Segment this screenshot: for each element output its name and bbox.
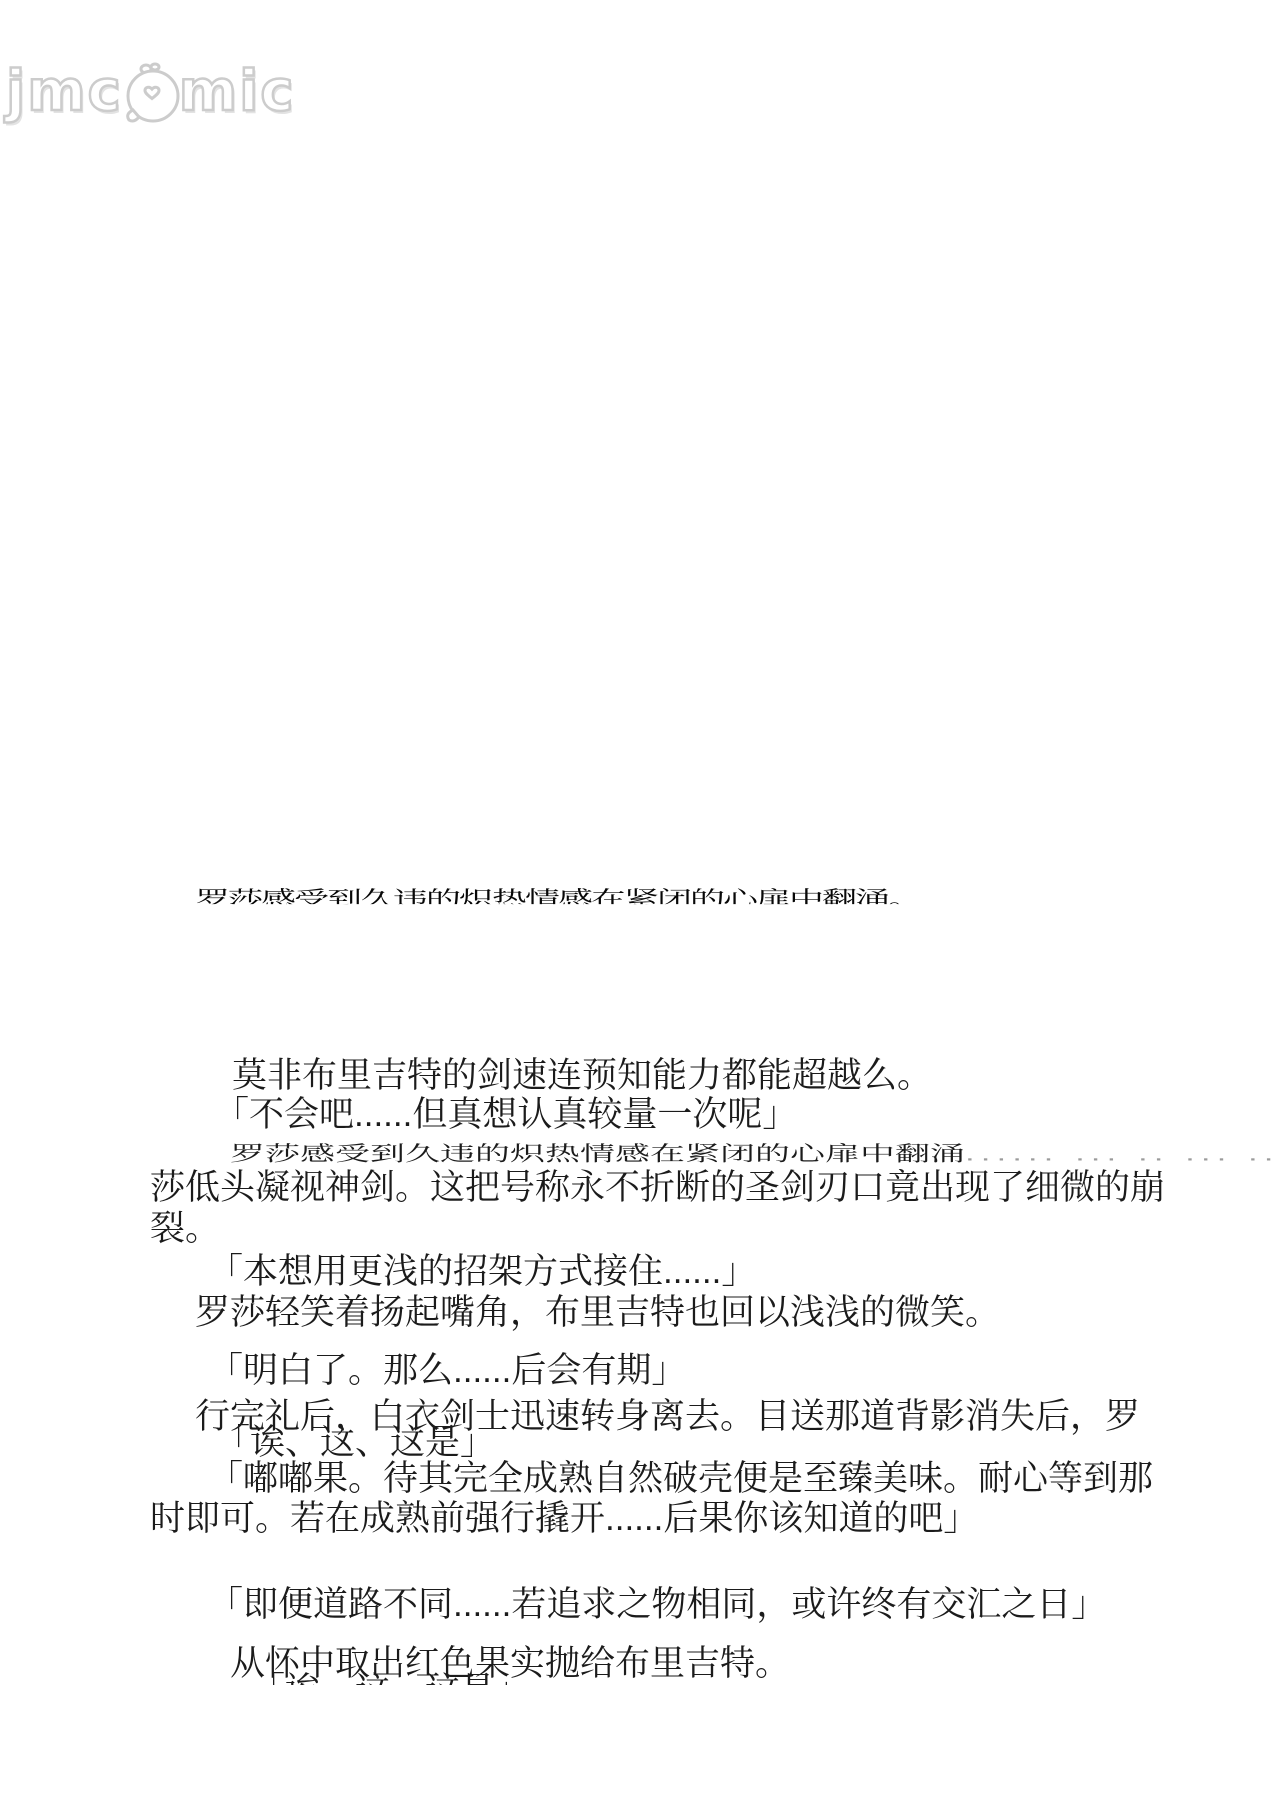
novel-line-tail: ...... ... .. ... .. xyxy=(965,1142,1279,1165)
novel-line: 时即可。若在成熟前强行撬开......后果你该知道的吧」 xyxy=(150,1500,978,1538)
logo-text-right: mic xyxy=(179,62,296,122)
fish-face-icon xyxy=(119,62,183,126)
novel-line: 「即便道路不同......若追求之物相同，或许终有交汇之日」 xyxy=(208,1586,1106,1624)
novel-line-text: 罗莎轻笑着扬起嘴角，布里吉特也回以浅浅的微笑。 xyxy=(195,1293,1000,1332)
novel-line: 裂。 xyxy=(150,1210,220,1248)
novel-line-garbled: 罗莎感受到久违的炽热情感在紧闭的心扉中翻涌。 xyxy=(195,888,921,904)
novel-line: 「不会吧......但真想认真较量一次呢」 xyxy=(214,1096,797,1134)
novel-line-text: 罗莎感受到久违的炽热情感在紧闭的心扉中翻涌。 xyxy=(195,888,921,904)
novel-line: 「诶、这、这是」 xyxy=(215,1424,495,1462)
novel-line-clipped: 「诶、这、这是」 xyxy=(250,1672,530,1685)
novel-line-text: 「明白了。那么......后会有期」 xyxy=(208,1351,686,1390)
novel-line-text: 裂。 xyxy=(150,1209,220,1248)
novel-line-text: 「诶、这、这是」 xyxy=(250,1672,530,1685)
novel-line: 「本想用更浅的招架方式接住......」 xyxy=(208,1253,756,1291)
novel-page: { "page": { "background": "#ffffff", "te… xyxy=(0,0,1280,1809)
novel-line: 罗莎轻笑着扬起嘴角，布里吉特也回以浅浅的微笑。 xyxy=(195,1294,1000,1332)
novel-line: 莎低头凝视神剑。这把号称永不折断的圣剑刃口竟出现了细微的崩 xyxy=(150,1169,1165,1207)
novel-line-text: 「诶、这、这是」 xyxy=(215,1423,495,1462)
logo-text-left: jmc xyxy=(6,62,123,122)
novel-line-text: 莎低头凝视神剑。这把号称永不折断的圣剑刃口竟出现了细微的崩 xyxy=(150,1168,1165,1207)
novel-line: 「明白了。那么......后会有期」 xyxy=(208,1352,686,1390)
novel-line-text: 时即可。若在成熟前强行撬开......后果你该知道的吧」 xyxy=(150,1499,978,1538)
novel-line-text: 「嘟嘟果。待其完全成熟自然破壳便是至臻美味。耐心等到那 xyxy=(208,1459,1153,1498)
novel-line-text: 「本想用更浅的招架方式接住......」 xyxy=(208,1252,756,1291)
novel-line-text: 罗莎感受到久违的炽热情感在紧闭的心扉中翻涌 xyxy=(230,1142,965,1165)
novel-line-squished: 罗莎感受到久违的炽热情感在紧闭的心扉中翻涌...... ... .. ... .… xyxy=(230,1143,1280,1165)
jmcomic-watermark-logo: jmc mic xyxy=(6,58,296,126)
novel-line-text: 莫非布里吉特的剑速连预知能力都能超越么。 xyxy=(232,1056,932,1095)
novel-line-text: 「不会吧......但真想认真较量一次呢」 xyxy=(214,1095,797,1134)
novel-line: 「嘟嘟果。待其完全成熟自然破壳便是至臻美味。耐心等到那 xyxy=(208,1460,1153,1498)
novel-line: 莫非布里吉特的剑速连预知能力都能超越么。 xyxy=(232,1057,932,1095)
novel-line-text: 「即便道路不同......若追求之物相同，或许终有交汇之日」 xyxy=(208,1585,1106,1624)
